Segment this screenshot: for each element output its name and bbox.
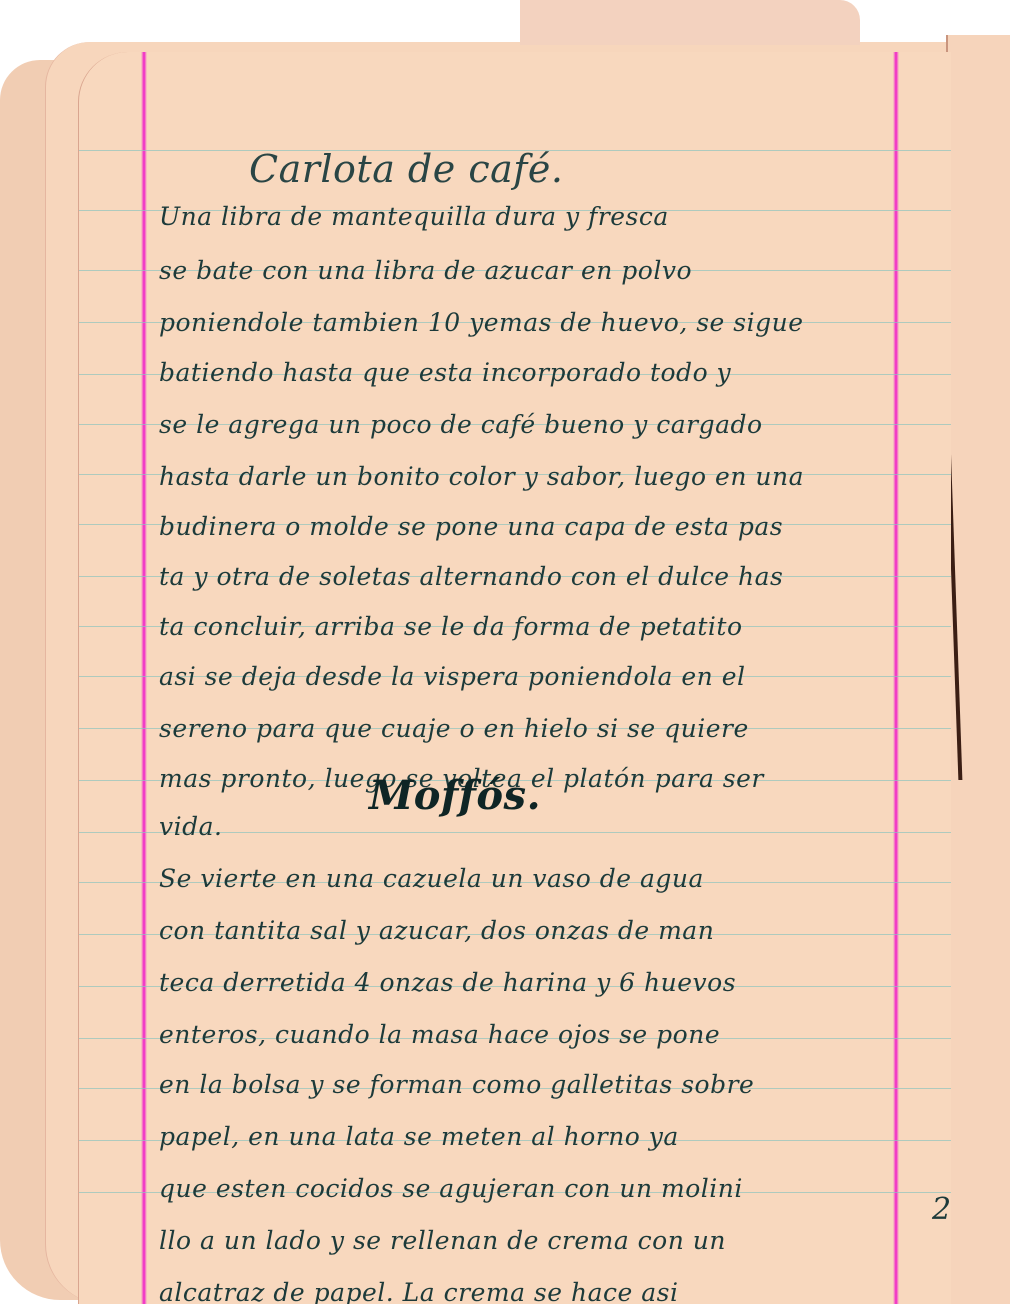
recipe-line: con tantita sal y azucar, dos onzas de m… [159, 916, 714, 945]
recipe-line: sereno para que cuaje o en hielo si se q… [159, 714, 749, 743]
recipe-line: ta concluir, arriba se le da forma de pe… [159, 612, 743, 641]
recipe-line: enteros, cuando la masa hace ojos se pon… [159, 1020, 720, 1049]
top-paper-scrap [520, 0, 860, 45]
recipe-line: teca derretida 4 onzas de harina y 6 hue… [159, 968, 736, 997]
recipe-title-moffos: Moffós. [369, 772, 541, 819]
recipe-line: Una libra de mantequilla dura y fresca [159, 202, 669, 231]
page-number: 2 [932, 1192, 951, 1227]
recipe-line: llo a un lado y se rellenan de crema con… [159, 1226, 726, 1255]
recipe-line: se bate con una libra de azucar en polvo [159, 256, 692, 285]
recipe-line: Se vierte en una cazuela un vaso de agua [159, 864, 704, 893]
recipe-line: vida. [159, 812, 222, 841]
recipe-line: en la bolsa y se forman como galletitas … [159, 1070, 754, 1099]
recipe-line: papel, en una lata se meten al horno ya [159, 1122, 679, 1151]
recipe-line: que esten cocidos se agujeran con un mol… [159, 1174, 743, 1203]
recipe-line: asi se deja desde la vispera poniendola … [159, 662, 746, 691]
recipe-line: hasta darle un bonito color y sabor, lue… [159, 462, 804, 491]
left-margin-line [141, 52, 147, 1304]
recipe-title-carlota: Carlota de café. [249, 147, 563, 191]
recipe-line: ta y otra de soletas alternando con el d… [159, 562, 783, 591]
recipe-line: alcatraz de papel. La crema se hace asi [159, 1278, 678, 1304]
recipe-line: batiendo hasta que esta incorporado todo… [159, 358, 731, 387]
recipe-line: se le agrega un poco de café bueno y car… [159, 410, 763, 439]
recipe-line: budinera o molde se pone una capa de est… [159, 512, 783, 541]
right-margin-line [893, 52, 899, 1304]
notebook-page: Carlota de café. Una libra de mantequill… [78, 52, 951, 1304]
recipe-line: poniendole tambien 10 yemas de huevo, se… [159, 308, 804, 337]
